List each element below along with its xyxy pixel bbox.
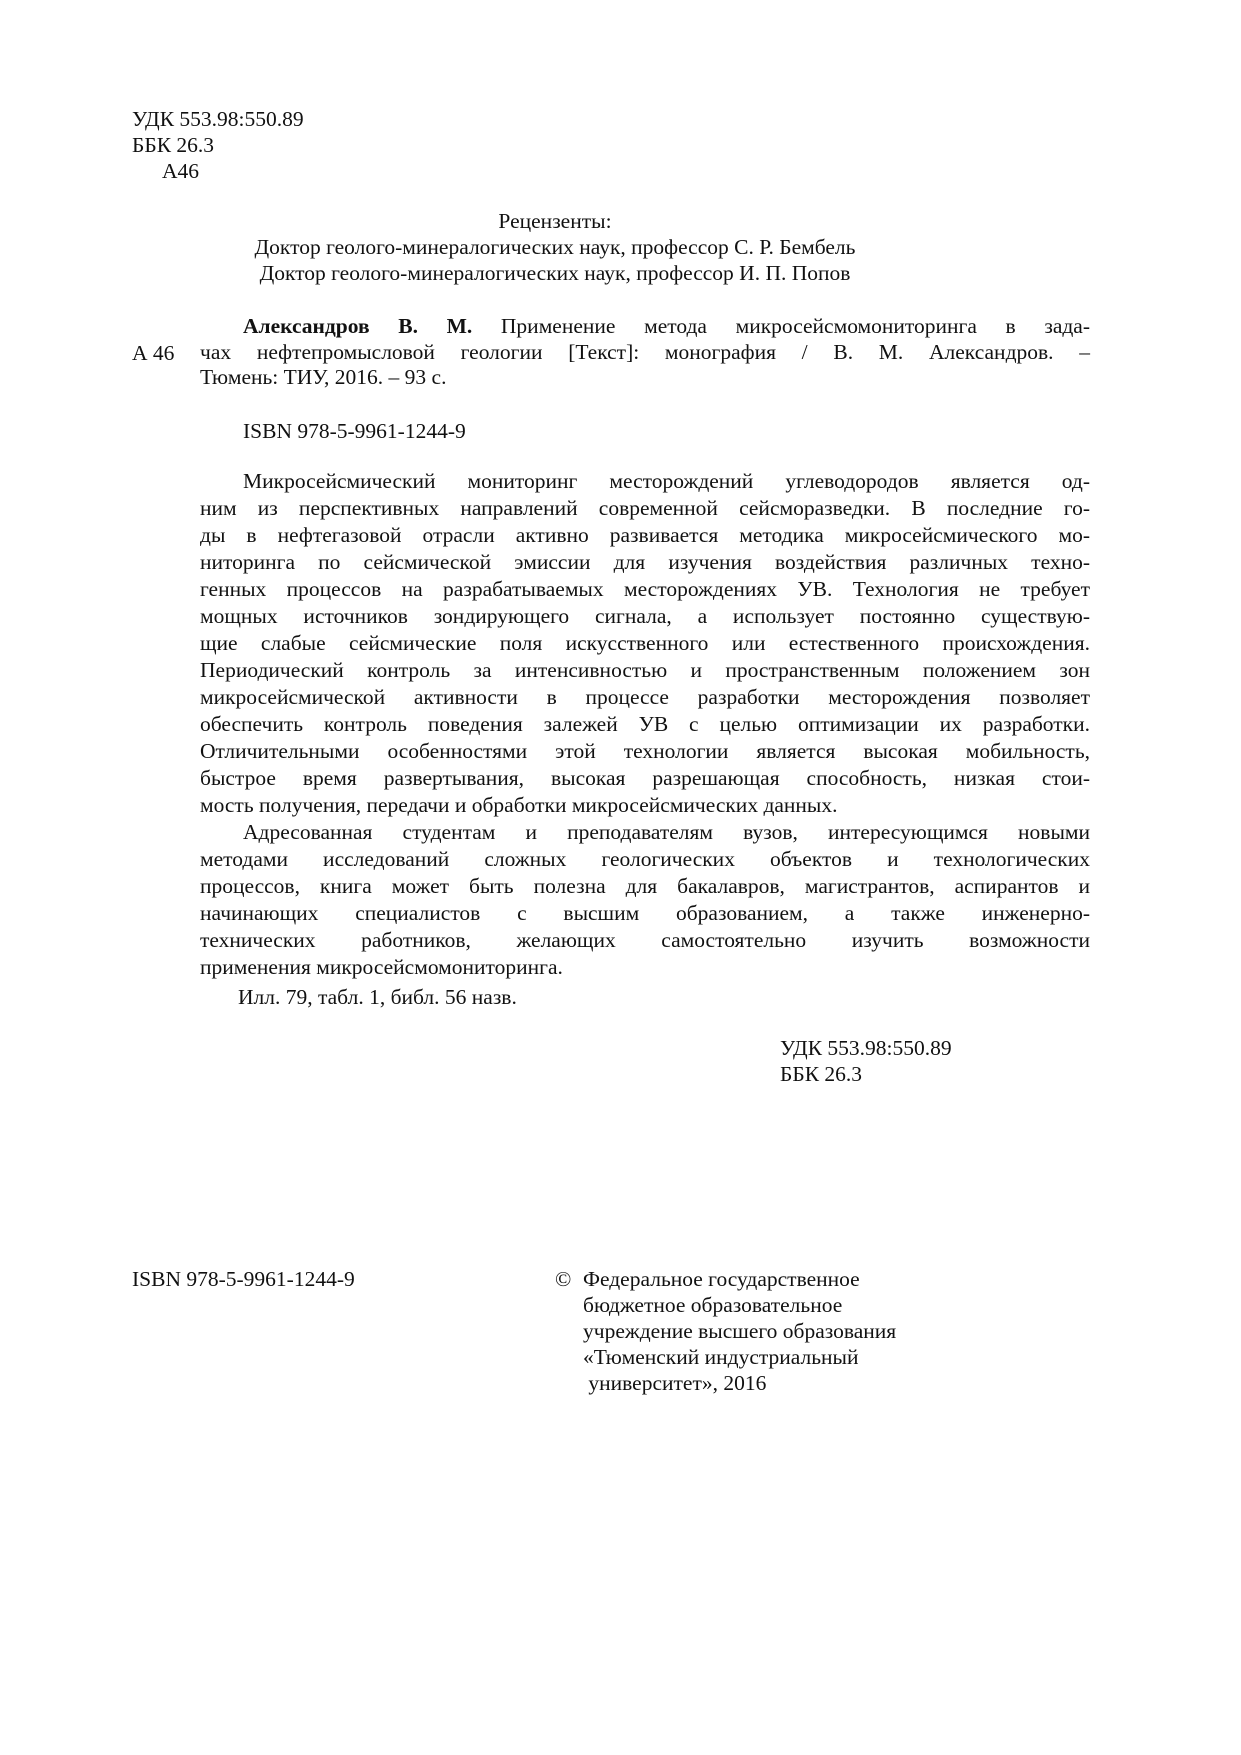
abstract-line: быстрое время развертывания, высокая раз…: [200, 765, 1090, 792]
author-name: Александров В. М.: [243, 314, 472, 338]
copyright-line: «Тюменский индустриальный: [583, 1344, 896, 1370]
biblio-line: Тюмень: ТИУ, 2016. – 93 с.: [200, 365, 1090, 391]
abstract-line: Отличительными особенностями этой технол…: [200, 738, 1090, 765]
abstract-line: мость получения, передачи и обработки ми…: [200, 792, 1090, 819]
biblio-line: Применение метода микросейсмомониторинга…: [472, 314, 1090, 338]
reviewers-title: Рецензенты:: [200, 208, 910, 234]
copyright-line: бюджетное образовательное: [583, 1292, 896, 1318]
copyright-line: учреждение высшего образования: [583, 1318, 896, 1344]
udk-code: УДК 553.98:550.89: [780, 1035, 952, 1061]
abstract-line: Адресованная студентам и преподавателям …: [200, 819, 1090, 846]
abstract-line: ниторинга по сейсмической эмиссии для из…: [200, 549, 1090, 576]
abstract-line: мощных источников зондирующего сигнала, …: [200, 603, 1090, 630]
isbn-entry: ISBN 978-5-9961-1244-9: [243, 418, 466, 444]
illustrations-note: Илл. 79, табл. 1, библ. 56 назв.: [238, 984, 517, 1010]
abstract-line: Периодический контроль за интенсивностью…: [200, 657, 1090, 684]
bbk-code: ББК 26.3: [132, 132, 304, 158]
abstract-line: Микросейсмический мониторинг месторожден…: [200, 468, 1090, 495]
bbk-code: ББК 26.3: [780, 1061, 952, 1087]
footer-classification-codes: УДК 553.98:550.89 ББК 26.3: [780, 1035, 952, 1087]
reviewer-item: Доктор геолого-минералогических наук, пр…: [200, 234, 910, 260]
reviewers-block: Рецензенты: Доктор геолого-минералогичес…: [200, 208, 910, 286]
abstract-line: технических работников, желающих самосто…: [200, 927, 1090, 954]
abstract-line: обеспечить контроль поведения залежей УВ…: [200, 711, 1090, 738]
abstract-line: щие слабые сейсмические поля искусственн…: [200, 630, 1090, 657]
abstract-line: ним из перспективных направлений совреме…: [200, 495, 1090, 522]
copyright-line: университет», 2016: [583, 1370, 896, 1396]
abstract-line: генных процессов на разрабатываемых мест…: [200, 576, 1090, 603]
abstract-line: начинающих специалистов с высшим образов…: [200, 900, 1090, 927]
header-classification-codes: УДК 553.98:550.89 ББК 26.3 А46: [132, 106, 304, 184]
bibliographic-mark: А 46: [132, 340, 174, 366]
abstract: Микросейсмический мониторинг месторожден…: [200, 468, 1090, 981]
udk-code: УДК 553.98:550.89: [132, 106, 304, 132]
abstract-line: микросейсмической активности в процессе …: [200, 684, 1090, 711]
bibliographic-entry: Александров В. М. Применение метода микр…: [200, 314, 1090, 391]
copyright-icon: ©: [555, 1266, 571, 1292]
copyright-line: Федеральное государственное: [583, 1266, 896, 1292]
reviewer-item: Доктор геолого-минералогических наук, пр…: [200, 260, 910, 286]
abstract-line: ды в нефтегазовой отрасли активно развив…: [200, 522, 1090, 549]
isbn-footer: ISBN 978-5-9961-1244-9: [132, 1266, 355, 1292]
abstract-line: методами исследований сложных геологичес…: [200, 846, 1090, 873]
abstract-line: применения микросейсмомониторинга.: [200, 954, 1090, 981]
author-mark: А46: [132, 158, 304, 184]
abstract-line: процессов, книга может быть полезна для …: [200, 873, 1090, 900]
biblio-line: чах нефтепромысловой геологии [Текст]: м…: [200, 340, 1090, 366]
